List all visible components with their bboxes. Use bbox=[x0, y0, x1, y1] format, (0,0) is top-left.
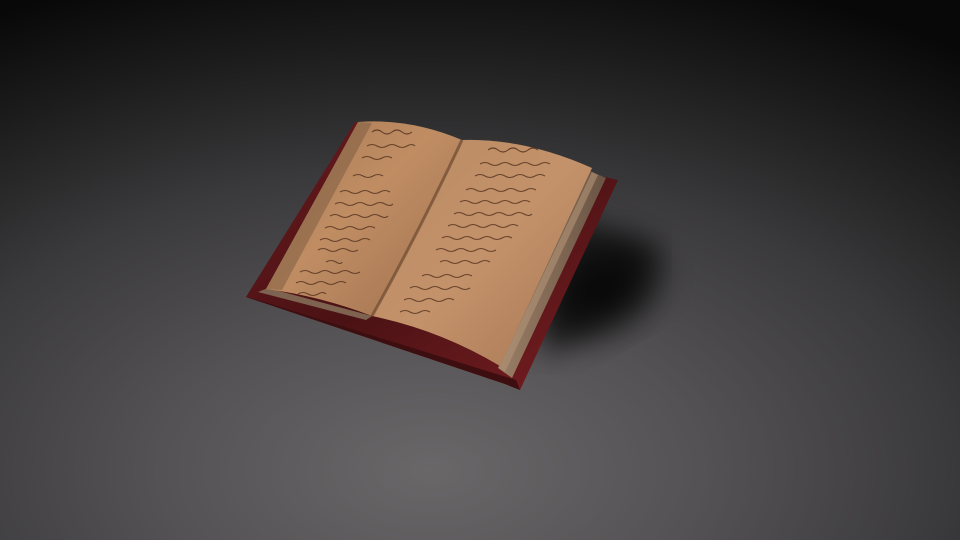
open-book bbox=[0, 0, 960, 540]
render-scene: Sandwiches Ramadas bbox=[0, 0, 960, 540]
